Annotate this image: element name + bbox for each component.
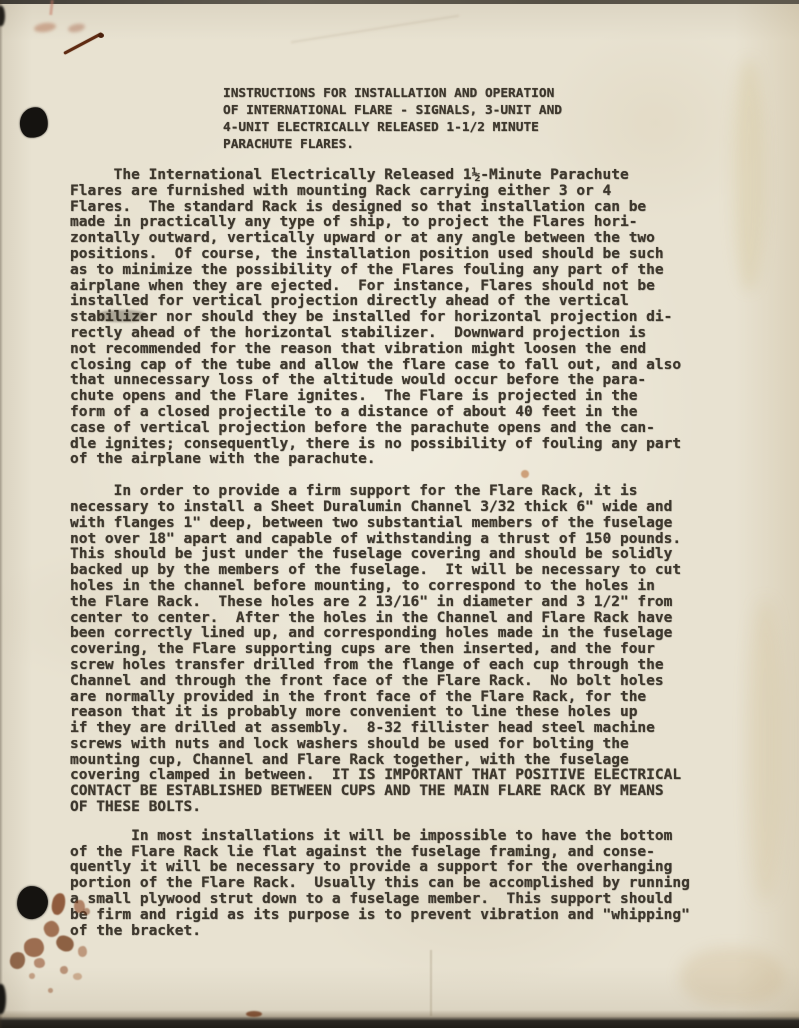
rust-spatter [24,938,44,957]
yellow-stain-bottom-right [680,948,784,1006]
rust-spatter [48,988,53,993]
rust-spatter [60,966,68,974]
edge-ink-mark-top [0,6,5,26]
rust-smudge [33,22,56,34]
paper-crease-top [49,0,54,15]
paper-crease-bottom [430,950,432,1016]
rust-smudge [67,22,85,33]
paper-crease-diagonal [291,15,459,44]
rust-spatter [42,919,62,939]
brown-dot-bottom-edge [246,1011,262,1017]
document-title: INSTRUCTIONS FOR INSTALLATION AND OPERAT… [223,85,799,153]
ink-blot-top-left [18,105,50,140]
edge-ink-mark-bottom [0,984,6,1014]
paragraph-installation-overview: The International Electrically Released … [70,168,799,468]
scan-left-edge-shadow [0,0,3,1028]
rust-spatter [29,973,35,979]
rust-spatter [73,973,82,980]
rust-spatter [78,946,87,957]
scan-top-edge-shadow [0,0,799,4]
paragraph-flare-rack-support: In order to provide a firm support for t… [70,484,799,816]
rust-scratch-dot [98,33,104,38]
scanned-document-page: INSTRUCTIONS FOR INSTALLATION AND OPERAT… [0,0,799,1028]
scan-bottom-edge-shadow [0,1010,799,1028]
paragraph-bottom-support: In most installations it will be impossi… [70,829,799,940]
ink-blot-bottom-left [15,884,49,920]
rust-scratch-line [63,32,102,55]
document-body: INSTRUCTIONS FOR INSTALLATION AND OPERAT… [70,85,799,939]
rust-spatter [50,892,67,916]
rust-spatter [34,958,45,968]
rust-spatter [8,950,27,970]
